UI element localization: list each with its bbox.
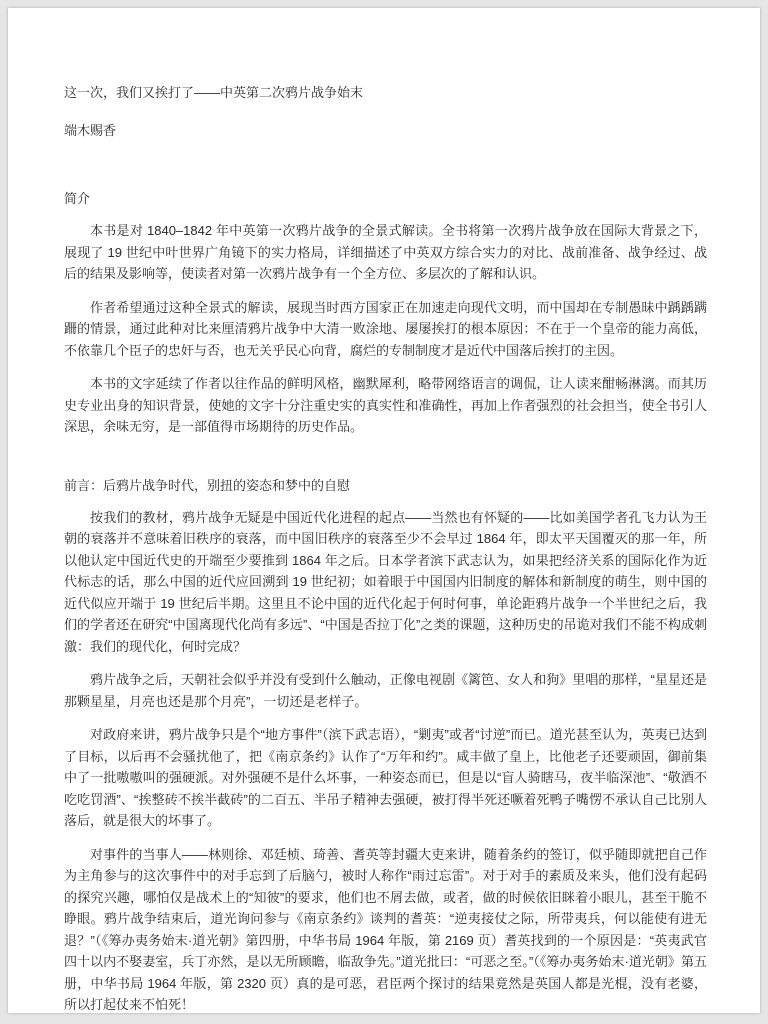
paragraph-preface-2: 鸦片战争之后，天朝社会似乎并没有受到什么触动，正像电视剧《篱笆、女人和狗》里唱的… — [64, 669, 707, 712]
section-heading-intro: 简介 — [64, 188, 707, 209]
document-author: 端木赐香 — [64, 120, 707, 141]
paragraph-preface-1: 按我们的教材，鸦片战争无疑是中国近代化进程的起点——当然也有怀疑的——比如美国学… — [64, 507, 707, 658]
paragraph-intro-2: 作者希望通过这种全景式的解读，展现当时西方国家正在加速走向现代文明，而中国却在专… — [64, 297, 707, 362]
document-page: 这一次，我们又挨打了——中英第二次鸦片战争始末 端木赐香 简介 本书是对 184… — [8, 8, 760, 1013]
paragraph-preface-4: 对事件的当事人——林则徐、邓廷桢、琦善、耆英等封疆大吏来讲，随着条约的签订，似乎… — [64, 844, 707, 1014]
section-heading-preface: 前言：后鸦片战争时代，别扭的姿态和梦中的自慰 — [64, 475, 707, 496]
document-title: 这一次，我们又挨打了——中英第二次鸦片战争始末 — [64, 82, 707, 103]
paragraph-intro-3: 本书的文字延续了作者以往作品的鲜明风格，幽默犀利，略带网络语言的调侃，让人读来酣… — [64, 373, 707, 438]
paragraph-intro-1: 本书是对 1840–1842 年中英第一次鸦片战争的全景式解读。全书将第一次鸦片… — [64, 220, 707, 285]
document-viewer: 这一次，我们又挨打了——中英第二次鸦片战争始末 端木赐香 简介 本书是对 184… — [0, 0, 768, 1024]
paragraph-preface-3: 对政府来讲，鸦片战争只是个“地方事件”（滨下武志语），“剿夷”或者“讨逆”而已。… — [64, 724, 707, 832]
